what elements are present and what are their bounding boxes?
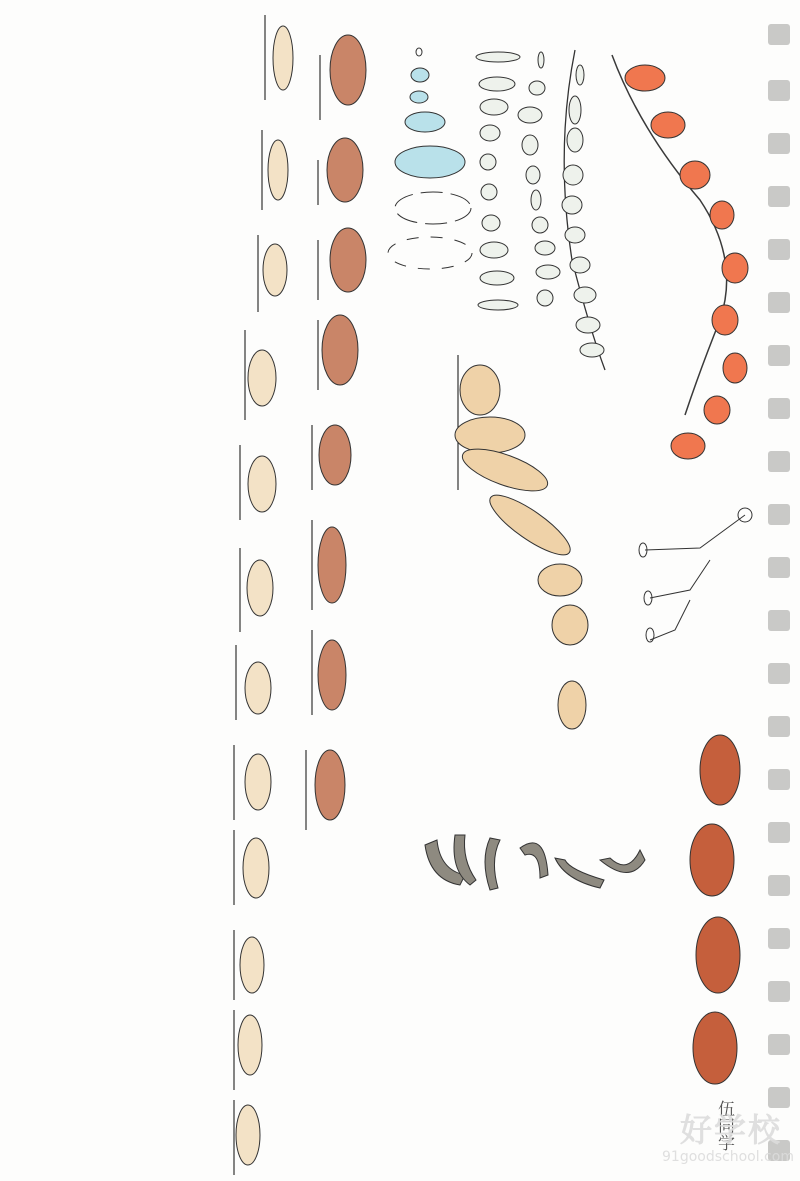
bird-dive-sequence <box>562 65 604 357</box>
butterfly-sequence <box>625 65 748 459</box>
cat-walk-sequence <box>234 15 293 1175</box>
butterfly-path <box>612 55 727 415</box>
horse-sequence <box>690 735 740 1084</box>
smoke-ring-sequence <box>388 48 472 269</box>
bird-sequences <box>476 52 560 310</box>
leaf-sequence <box>425 835 645 890</box>
cat-pounce-sequence <box>455 365 588 729</box>
watermark: 好学校 91goodschool.com <box>640 1105 800 1175</box>
watermark-logo-text: 好学校 <box>680 1105 782 1151</box>
watermark-url: 91goodschool.com <box>662 1149 794 1165</box>
squirrel-sequence <box>306 35 366 830</box>
sketch-page: 伍同学 好学校 91goodschool.com <box>0 0 800 1181</box>
tail-chain-sequence <box>639 508 752 642</box>
sketch-drawings <box>0 0 800 1181</box>
